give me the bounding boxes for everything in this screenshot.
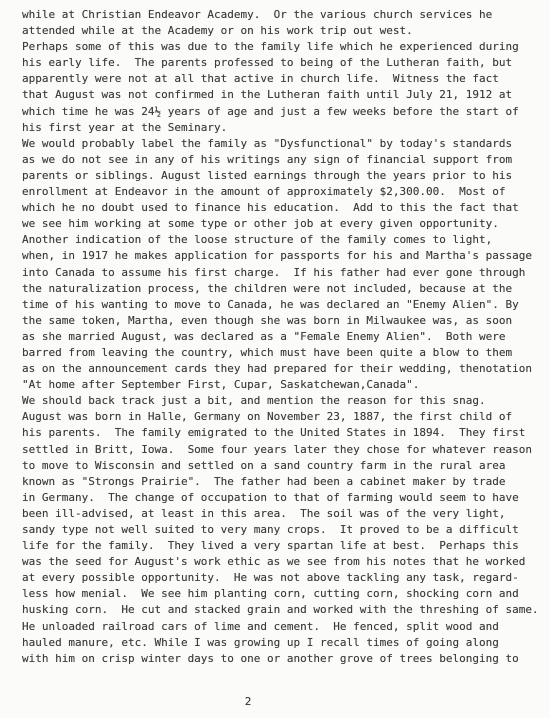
text-line: apparently were not at all that active i… [22,71,546,87]
text-line: was the seed for August's work ethic as … [22,554,546,570]
text-line: parents or siblings. August listed earni… [22,168,546,184]
body-text: while at Christian Endeavor Academy. Or … [22,7,546,667]
text-line: we see him working at some type or other… [22,216,546,232]
text-line: known as "Strongs Prairie". The father h… [22,474,546,490]
text-line: with him on crisp winter days to one or … [22,651,546,667]
text-line: his parents. The family emigrated to the… [22,425,546,441]
text-line: to move to Wisconsin and settled on a sa… [22,458,546,474]
text-line: into Canada to assume his first charge. … [22,265,546,281]
text-line: sandy type not well suited to very many … [22,522,546,538]
text-line: Perhaps some of this was due to the fami… [22,39,546,55]
text-line: that August was not confirmed in the Lut… [22,87,546,103]
text-line: August was born in Halle, Germany on Nov… [22,409,546,425]
text-line: as on the announcement cards they had pr… [22,361,546,377]
text-line: which time he was 24½ years of age and j… [22,104,546,120]
text-line: He unloaded railroad cars of lime and ce… [22,619,546,635]
text-line: We would probably label the family as "D… [22,136,546,152]
text-line: which he no doubt used to finance his ed… [22,200,546,216]
text-line: the naturalization process, the children… [22,281,546,297]
text-line: Another indication of the loose structur… [22,232,546,248]
text-line: barred from leaving the country, which m… [22,345,546,361]
document-page: while at Christian Endeavor Academy. Or … [0,0,550,718]
text-line: in Germany. The change of occupation to … [22,490,546,506]
text-line: been ill-advised, at least in this area.… [22,506,546,522]
page-number: 2 [245,695,252,708]
text-line: settled in Britt, Iowa. Some four years … [22,442,546,458]
text-line: at every possible opportunity. He was no… [22,570,546,586]
text-line: We should back track just a bit, and men… [22,393,546,409]
text-line: enrollment at Endeavor in the amount of … [22,184,546,200]
text-line: his early life. The parents professed to… [22,55,546,71]
text-line: when, in 1917 he makes application for p… [22,248,546,264]
page-footer: 2 [22,692,474,710]
text-line: as we do not see in any of his writings … [22,152,546,168]
text-line: life for the family. They lived a very s… [22,538,546,554]
text-line: time of his wanting to move to Canada, h… [22,297,546,313]
text-line: "At home after September First, Cupar, S… [22,377,546,393]
text-line: husking corn. He cut and stacked grain a… [22,602,546,618]
text-line: as she married August, was declared as a… [22,329,546,345]
text-line: while at Christian Endeavor Academy. Or … [22,7,546,23]
text-line: less how menial. We see him planting cor… [22,586,546,602]
text-line: hauled manure, etc. While I was growing … [22,635,546,651]
text-line: his first year at the Seminary. [22,120,546,136]
text-line: the same token, Martha, even though she … [22,313,546,329]
text-line: attended while at the Academy or on his … [22,23,546,39]
